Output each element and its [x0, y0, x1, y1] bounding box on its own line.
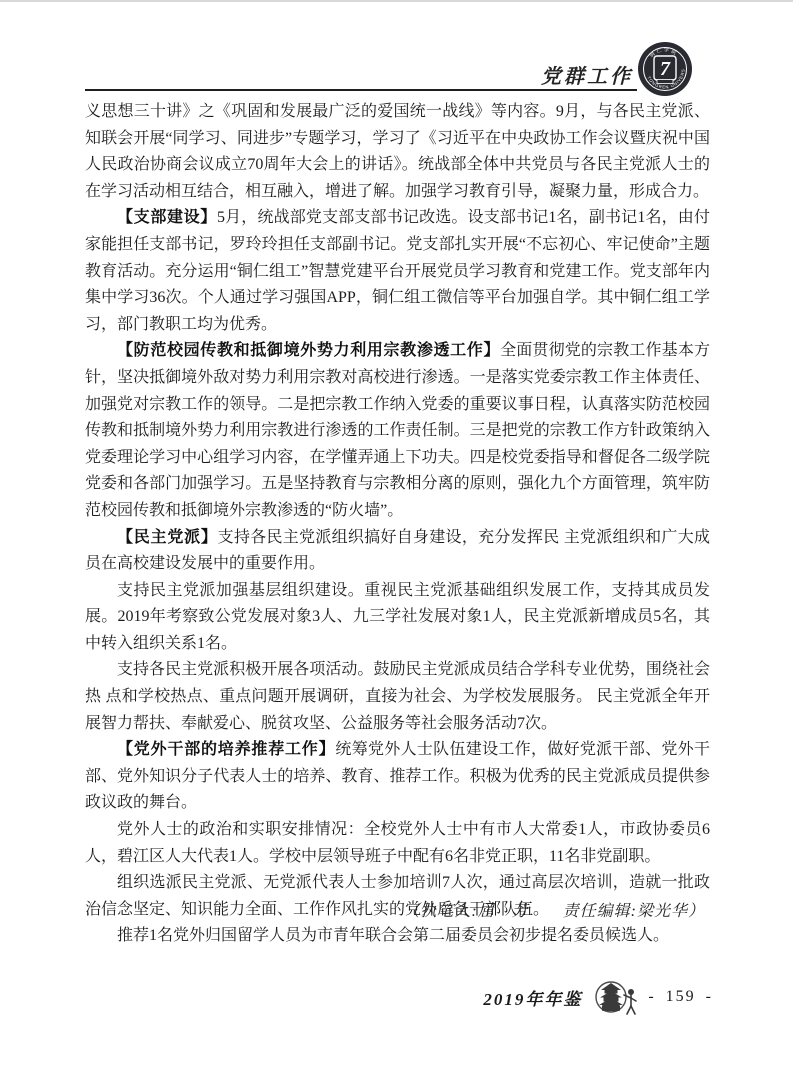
byline: （执笔人:屈 芳 责任编辑:梁光华）: [403, 898, 705, 921]
paragraph: 推荐1名党外归国留学人员为市青年联合会第二届委员会初步提名委员候选人。: [85, 923, 710, 950]
paragraph-text: 推荐1名党外归国留学人员为市青年联合会第二届委员会初步提名委员候选人。: [117, 927, 669, 944]
paragraph-text: 5月，统战部党支部支部书记改选。设支部书记1名，副书记1名，由付家能担任支部书记…: [85, 209, 710, 332]
paragraph: 【支部建设】5月，统战部党支部支部书记改选。设支部书记1名，副书记1名，由付家能…: [85, 205, 710, 338]
yearbook-title: 2019年年鉴: [483, 985, 582, 1010]
paragraph: 【防范校园传教和抵御境外势力利用宗教渗透工作】全面贯彻党的宗教工作基本方针，坚决…: [85, 338, 710, 524]
paragraph: 党外人士的政治和实职安排情况：全校党外人士中有市人大常委1人，市政协委员6人，碧…: [85, 817, 710, 870]
university-seal-svg: TONGREN UNIVERSITY 铜仁学院 7: [637, 41, 693, 97]
paragraph: 支持民主党派加强基层组织建设。重视民主党派基础组织发展工作，支持其成员发展。20…: [85, 578, 710, 658]
section-heading: 【支部建设】: [117, 209, 217, 226]
section-heading: 【防范校园传教和抵御境外势力利用宗教渗透工作】: [117, 342, 500, 359]
article-body: 义思想三十讲》之《巩固和发展最广泛的爱国统一战线》等内容。9月，与各民主党派、知…: [85, 99, 710, 950]
paragraph-text: 全面贯彻党的宗教工作基本方针，坚决抵御境外敌对势力利用宗教对高校进行渗透。一是落…: [85, 342, 710, 519]
paragraph: 【党外干部的培养推荐工作】统筹党外人士队伍建设工作，做好党派干部、党外干部、党外…: [85, 737, 710, 817]
paragraph-text: 支持各民主党派积极开展各项活动。鼓励民主党派成员结合学科专业优势，围绕社会热 点…: [85, 661, 710, 731]
page-footer: 2019年年鉴: [483, 977, 713, 1017]
page-number: - 159 -: [648, 988, 713, 1006]
svg-text:7: 7: [660, 58, 671, 80]
running-head-title: 党群工作: [541, 60, 633, 89]
university-seal-icon: TONGREN UNIVERSITY 铜仁学院 7: [637, 41, 693, 97]
section-heading: 【党外干部的培养推荐工作】: [117, 741, 335, 758]
paragraph: 义思想三十讲》之《巩固和发展最广泛的爱国统一战线》等内容。9月，与各民主党派、知…: [85, 99, 710, 205]
paragraph-text: 支持民主党派加强基层组织建设。重视民主党派基础组织发展工作，支持其成员发展。20…: [85, 582, 710, 652]
paragraph: 支持各民主党派积极开展各项活动。鼓励民主党派成员结合学科专业优势，围绕社会热 点…: [85, 657, 710, 737]
section-heading: 【民主党派】: [117, 529, 218, 546]
pagoda-reader-icon: [592, 978, 638, 1016]
header-rule: [85, 89, 637, 91]
paragraph: 【民主党派】支持各民主党派组织搞好自身建设，充分发挥民 主党派组织和广大成员在高…: [85, 525, 710, 578]
paragraph-text: 党外人士的政治和实职安排情况：全校党外人士中有市人大常委1人，市政协委员6人，碧…: [85, 821, 710, 865]
paragraph-text: 义思想三十讲》之《巩固和发展最广泛的爱国统一战线》等内容。9月，与各民主党派、知…: [85, 103, 710, 200]
yearbook-page: 党群工作 TONGREN UNIVERSITY 铜仁学院 7 义思想三十讲》之《…: [0, 0, 793, 1079]
